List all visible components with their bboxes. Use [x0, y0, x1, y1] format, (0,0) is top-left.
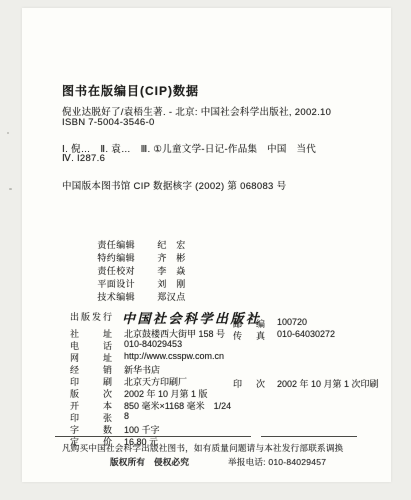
publication-row: 版次2002 年 10 月第 1 版 印次2002 年 10 月第 1 次印刷 — [55, 377, 385, 389]
purchase-notice: 凡购买中国社会科学出版社图书，如有质量问题请与本社发行部联系调换 — [62, 442, 343, 454]
publication-row: 开本850 毫米×1168 毫米 1/24 — [55, 389, 385, 401]
copyright-notice: 版权所有 侵权必究 — [110, 456, 189, 468]
isbn-line: ISBN 7-5004-3546-0 — [62, 117, 155, 128]
publication-row: 社址北京鼓楼西大街甲 158 号 邮编100720 — [55, 317, 385, 329]
classification-line-2: Ⅳ. I287.6 — [62, 153, 105, 164]
scan-noise — [7, 132, 9, 134]
divider-segment — [261, 436, 357, 437]
scanned-page: 图书在版编目(CIP)数据 倪业达脱好了/袁梧生著. - 北京: 中国社会科学出… — [0, 0, 411, 500]
cip-header: 图书在版编目(CIP)数据 — [62, 82, 199, 99]
publication-row: 印张8 — [55, 401, 385, 413]
publication-value-secondary: 100720 — [277, 317, 307, 327]
divider-line — [55, 436, 363, 438]
publication-row: 字数100 千字 — [55, 413, 385, 425]
publication-row: 电话010-84029453 传真010-64030272 — [55, 329, 385, 341]
cip-title-line: 倪业达脱好了/袁梧生著. - 北京: 中国社会科学出版社, 2002.10 — [62, 104, 331, 118]
publication-value-secondary: 010-64030272 — [277, 329, 335, 339]
scan-noise — [9, 188, 12, 190]
publication-row: 经销新华书店 — [55, 353, 385, 365]
publisher-row: 出版发行中国社会科学出版社 — [55, 300, 385, 315]
cip-record-number: 中国版本图书馆 CIP 数据核字 (2002) 第 068083 号 — [62, 178, 286, 192]
divider-segment — [55, 436, 251, 437]
report-phone: 举报电话: 010-84029457 — [228, 456, 326, 468]
publication-row: 网址http://www.csspw.com.cn — [55, 341, 385, 353]
publication-row: 印刷北京天方印刷厂 — [55, 365, 385, 377]
